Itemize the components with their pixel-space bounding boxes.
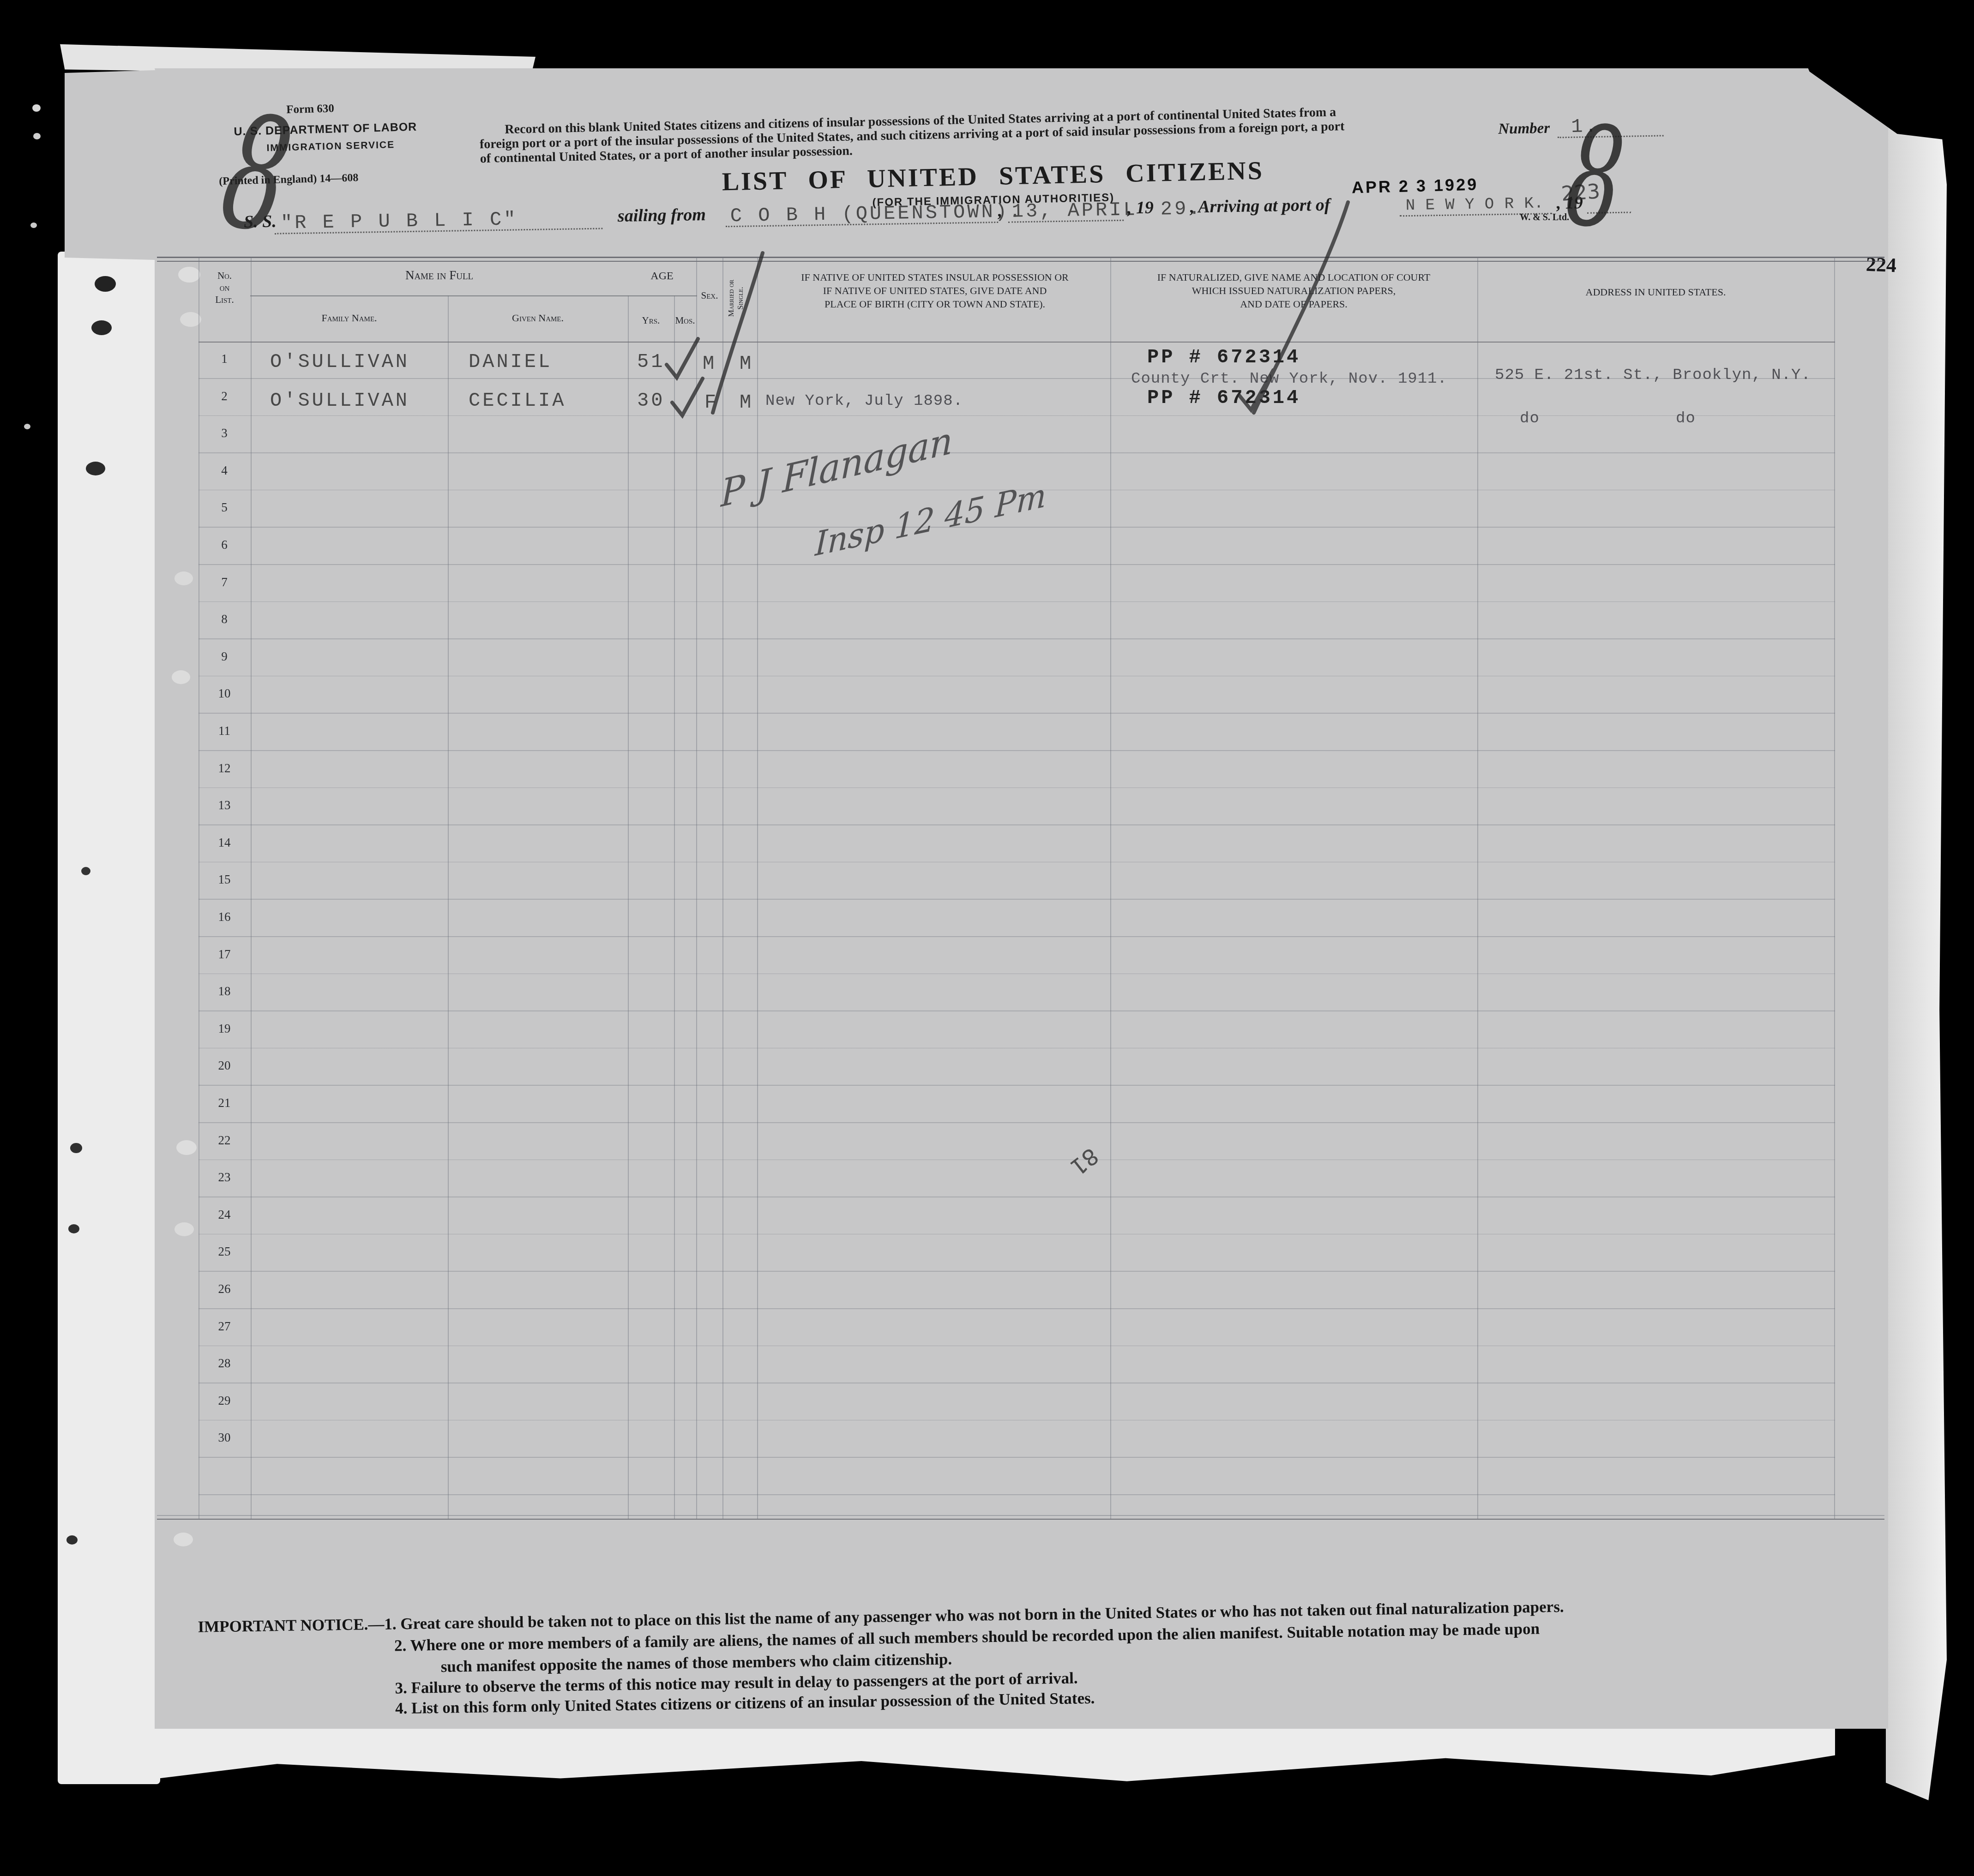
cell-married: M (740, 353, 753, 375)
cell-given-name: CECILIA (469, 390, 566, 412)
row-number: 24 (199, 1208, 250, 1222)
row-number: 4 (199, 463, 250, 478)
grid-vline (628, 295, 629, 1519)
punch-hole (32, 104, 41, 112)
grid-vline (251, 257, 252, 1519)
page-stack-left-edge (58, 252, 160, 1784)
cell-family-name: O'SULLIVAN (270, 390, 409, 412)
grid-vline (757, 257, 758, 1519)
arriving-at-label: , Arriving at port of (1190, 195, 1330, 217)
punch-hole (176, 1140, 197, 1155)
row-number: 6 (199, 538, 250, 552)
punch-hole (95, 276, 116, 292)
departure-port: C O B H (QUEENSTOWN). (730, 200, 1023, 227)
column-header-birth: IF NATIVE OF UNITED STATES INSULAR POSSE… (759, 271, 1110, 311)
row-number: 28 (199, 1356, 250, 1371)
column-header-yrs: Yrs. (628, 314, 674, 327)
row-number: 13 (199, 798, 250, 812)
grid-vline (1834, 257, 1835, 1519)
punch-hole (33, 133, 41, 139)
punch-hole (174, 1533, 193, 1546)
row-numbers: 1234567891011121314151617181920212223242… (199, 342, 251, 1459)
cell-age-yrs: 51 (637, 351, 665, 373)
row-number: 23 (199, 1170, 250, 1185)
row-number: 19 (199, 1022, 250, 1036)
grid-vline (674, 295, 675, 1519)
cell-birth: New York, July 1898. (765, 392, 963, 410)
row-number: 7 (199, 575, 250, 589)
row-number: 2 (199, 389, 250, 403)
arrival-date-stamp: APR 2 3 1929 (1351, 174, 1478, 197)
column-header-address: ADDRESS IN UNITED STATES. (1477, 285, 1834, 299)
cell-naturalization-pp: PP # 672314 (1147, 387, 1300, 409)
punch-hole (30, 222, 37, 228)
cell-family-name: O'SULLIVAN (270, 351, 409, 373)
column-header-married-or-single: Married or Single. (727, 257, 752, 340)
number-label: Number (1498, 120, 1550, 138)
punch-hole (68, 1224, 79, 1233)
cell-address: 525 E. 21st. St., Brooklyn, N.Y. (1495, 367, 1811, 384)
punch-hole (172, 670, 190, 684)
grid-vline (448, 295, 449, 1519)
departure-date: 13, APRIL (1011, 198, 1137, 222)
ship-name: "R E P U B L I C" (281, 208, 518, 234)
row-number: 16 (199, 910, 250, 924)
punch-hole (178, 267, 200, 283)
column-header-sex: Sex. (693, 289, 726, 302)
row-number: 29 (199, 1394, 250, 1408)
column-header-family-name: Family Name. (251, 311, 448, 325)
row-number: 3 (199, 426, 250, 440)
column-header-age: AGE (628, 270, 696, 283)
row-number: 27 (199, 1319, 250, 1334)
row-number: 25 (199, 1245, 250, 1259)
column-header-no-on-list: No. on List. (199, 270, 251, 306)
row-number: 30 (199, 1431, 250, 1445)
grid-vline (722, 257, 723, 1519)
comma-separator: , (998, 201, 1002, 221)
column-header-given-name: Given Name. (448, 311, 628, 325)
punch-hole (175, 1222, 194, 1236)
year-prefix: , 19 (1127, 198, 1154, 218)
row-number: 8 (199, 612, 250, 626)
column-header-name-in-full: Name in Full (251, 269, 628, 282)
cell-age-yrs: 30 (637, 390, 665, 412)
cell-address-ditto: do (1520, 410, 1540, 427)
grid-vline (1110, 257, 1111, 1519)
row-number: 1 (199, 352, 250, 366)
row-number: 5 (199, 500, 250, 515)
cell-naturalization-pp: PP # 672314 (1147, 346, 1300, 368)
passenger-table: No. on List. Name in Full AGE Family Nam… (199, 257, 1835, 1520)
grid-vline (696, 257, 697, 1519)
cell-naturalization-court: County Crt. New York, Nov. 1911. (1131, 370, 1447, 388)
row-number: 10 (199, 686, 250, 701)
punch-hole (175, 571, 193, 585)
row-number: 20 (199, 1058, 250, 1073)
arrival-port: N E W Y O R K. (1405, 195, 1544, 215)
row-number: 17 (199, 947, 250, 962)
row-number: 12 (199, 761, 250, 776)
page-stack-bottom-edge (65, 1726, 1835, 1784)
column-header-naturalization: IF NATURALIZED, GIVE NAME AND LOCATION O… (1110, 271, 1477, 311)
grid-vline (1477, 257, 1478, 1519)
row-number: 22 (199, 1133, 250, 1148)
printer-mark: W. & S. Ltd. (1520, 212, 1569, 223)
punch-hole (24, 424, 30, 429)
row-number: 11 (199, 724, 250, 738)
punch-hole (66, 1535, 78, 1545)
cell-sex: F (704, 391, 718, 414)
row-number: 15 (199, 872, 250, 887)
row-number: 18 (199, 984, 250, 998)
punch-hole (81, 867, 90, 875)
scanned-manifest-page: Form 630 U. S. DEPARTMENT OF LABOR IMMIG… (0, 0, 1974, 1876)
punch-hole (91, 320, 112, 335)
sailing-from-label: sailing from (618, 204, 706, 226)
punch-hole (86, 462, 105, 475)
row-number: 21 (199, 1096, 250, 1110)
page-stack-right-edge (1886, 44, 1947, 1800)
column-header-mos: Mos. (674, 314, 696, 327)
row-number: 9 (199, 649, 250, 664)
punch-hole (70, 1143, 82, 1153)
next-sheet-number: 224 (1866, 253, 1897, 277)
cell-married: M (740, 391, 753, 414)
row-number: 14 (199, 836, 250, 850)
cell-given-name: DANIEL (469, 351, 552, 373)
name-age-span-rule (250, 295, 697, 296)
cell-sex: M (703, 353, 716, 375)
cell-address-ditto: do (1676, 410, 1696, 427)
row-number: 26 (199, 1282, 250, 1296)
